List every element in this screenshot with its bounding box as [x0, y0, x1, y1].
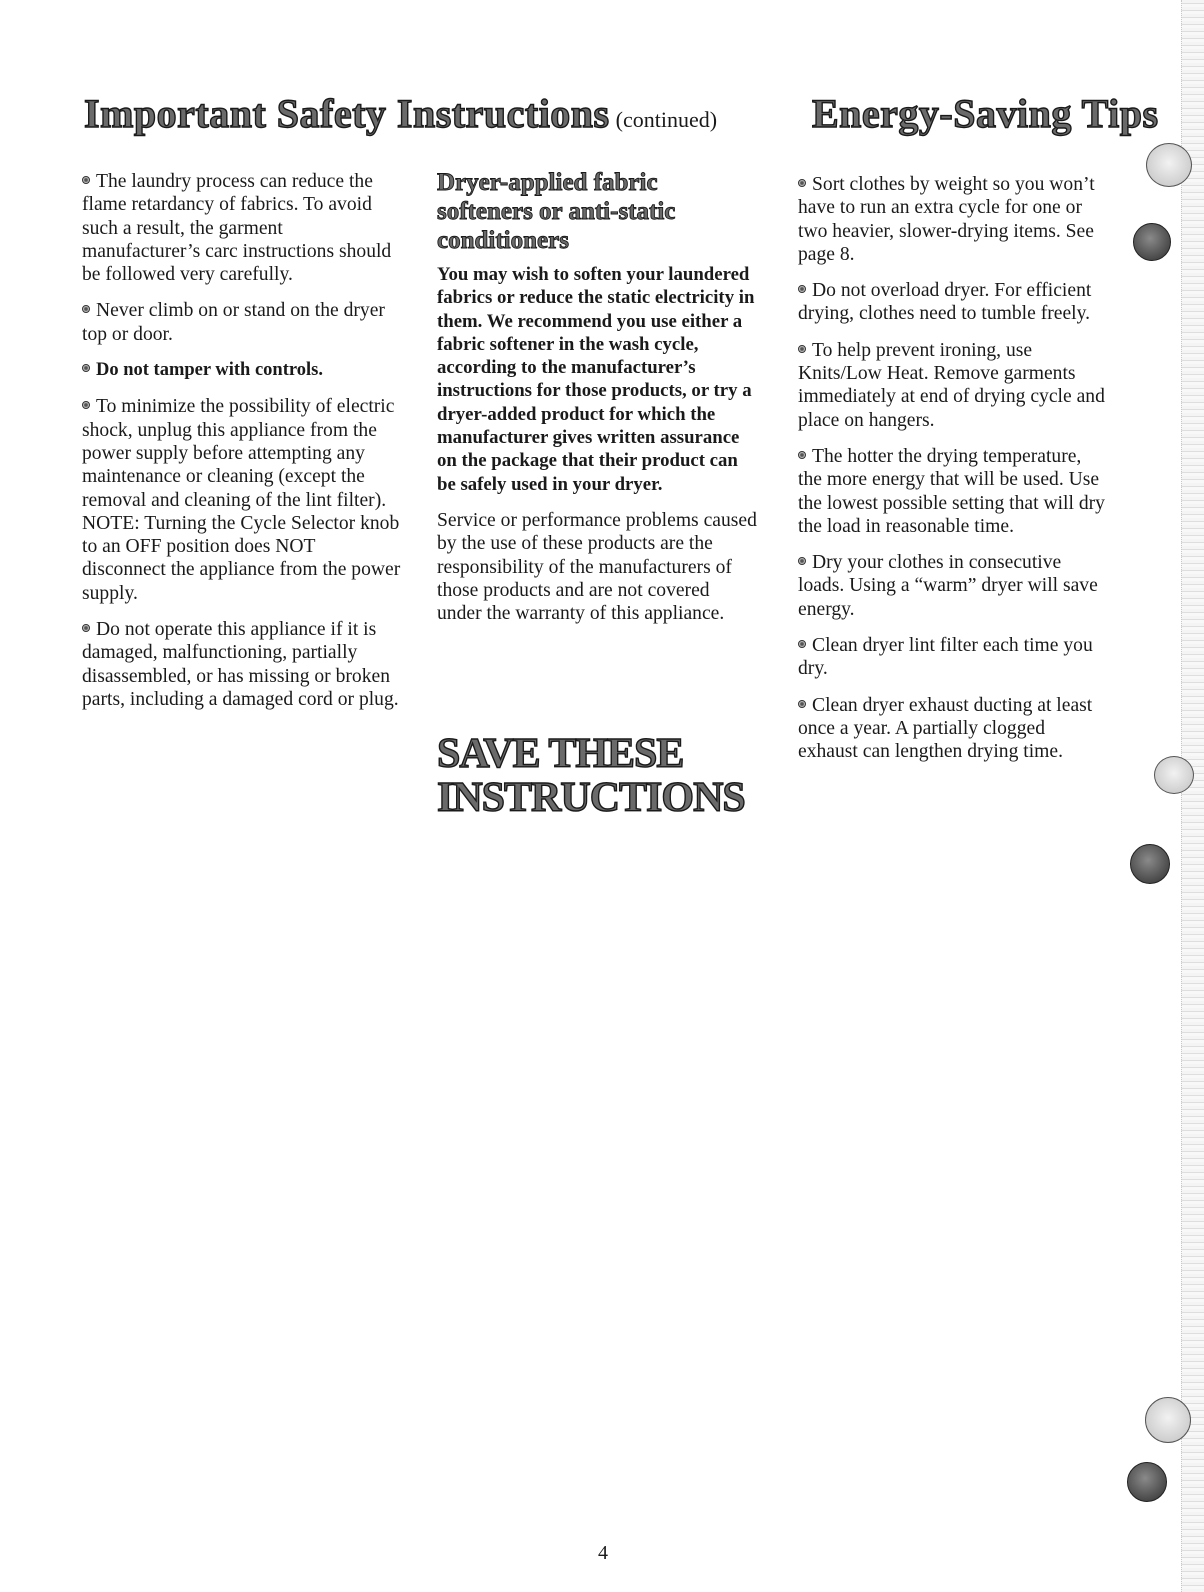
energy-tip: Dry your clothes in consecutive loads. U… — [798, 551, 1108, 621]
scan-edge-strip — [1181, 0, 1204, 1592]
bullet-icon — [798, 451, 806, 459]
bullet-icon — [82, 401, 90, 409]
safety-item: Never climb on or stand on the dryer top… — [82, 299, 402, 346]
bullet-icon — [798, 640, 806, 648]
softeners-section: Dryer-applied fabric softeners or anti-s… — [437, 168, 757, 638]
safety-item-bold: Do not tamper with controls. — [82, 359, 402, 382]
binder-hole-icon — [1133, 223, 1171, 261]
energy-tip: Do not overload dryer. For efficient dry… — [798, 279, 1108, 326]
binder-hole-icon — [1130, 844, 1170, 884]
bullet-icon — [798, 345, 806, 353]
softeners-heading: Dryer-applied fabric softeners or anti-s… — [437, 168, 757, 255]
bullet-icon — [82, 624, 90, 632]
energy-tip: Clean dryer exhaust ducting at least onc… — [798, 694, 1108, 764]
bullet-icon — [798, 285, 806, 293]
bullet-icon — [82, 305, 90, 313]
save-line-2: INSTRUCTIONS — [437, 776, 745, 820]
safety-item: The laundry process can reduce the flame… — [82, 170, 402, 286]
safety-title-suffix: (continued) — [616, 107, 717, 132]
bullet-icon — [798, 179, 806, 187]
binder-hole-icon — [1145, 1397, 1191, 1443]
page-number: 4 — [598, 1542, 608, 1565]
energy-tips-title: Energy-Saving Tips — [812, 94, 1159, 134]
energy-tip: To help prevent ironing, use Knits/Low H… — [798, 339, 1108, 432]
energy-tip: The hotter the drying temperature, the m… — [798, 445, 1108, 538]
softeners-body: Service or performance problems caused b… — [437, 509, 757, 625]
save-line-1: SAVE THESE — [437, 732, 745, 776]
safety-item: To minimize the possibility of electric … — [82, 395, 402, 605]
binder-hole-icon — [1154, 756, 1194, 794]
safety-list: The laundry process can reduce the flame… — [82, 170, 402, 724]
energy-tips-list: Sort clothes by weight so you won’t have… — [798, 173, 1108, 777]
bullet-icon — [798, 557, 806, 565]
bullet-icon — [82, 176, 90, 184]
safety-instructions-title: Important Safety Instructions(continued) — [84, 94, 717, 134]
softeners-intro: You may wish to soften your laundered fa… — [437, 263, 757, 496]
save-instructions-banner: SAVE THESE INSTRUCTIONS — [437, 732, 745, 820]
binder-hole-icon — [1127, 1462, 1167, 1502]
bullet-icon — [82, 364, 90, 372]
bullet-icon — [798, 700, 806, 708]
energy-tip: Clean dryer lint filter each time you dr… — [798, 634, 1108, 681]
energy-tip: Sort clothes by weight so you won’t have… — [798, 173, 1108, 266]
safety-item: Do not operate this appliance if it is d… — [82, 618, 402, 711]
binder-hole-icon — [1146, 143, 1192, 187]
safety-title-text: Important Safety Instructions — [84, 91, 610, 136]
